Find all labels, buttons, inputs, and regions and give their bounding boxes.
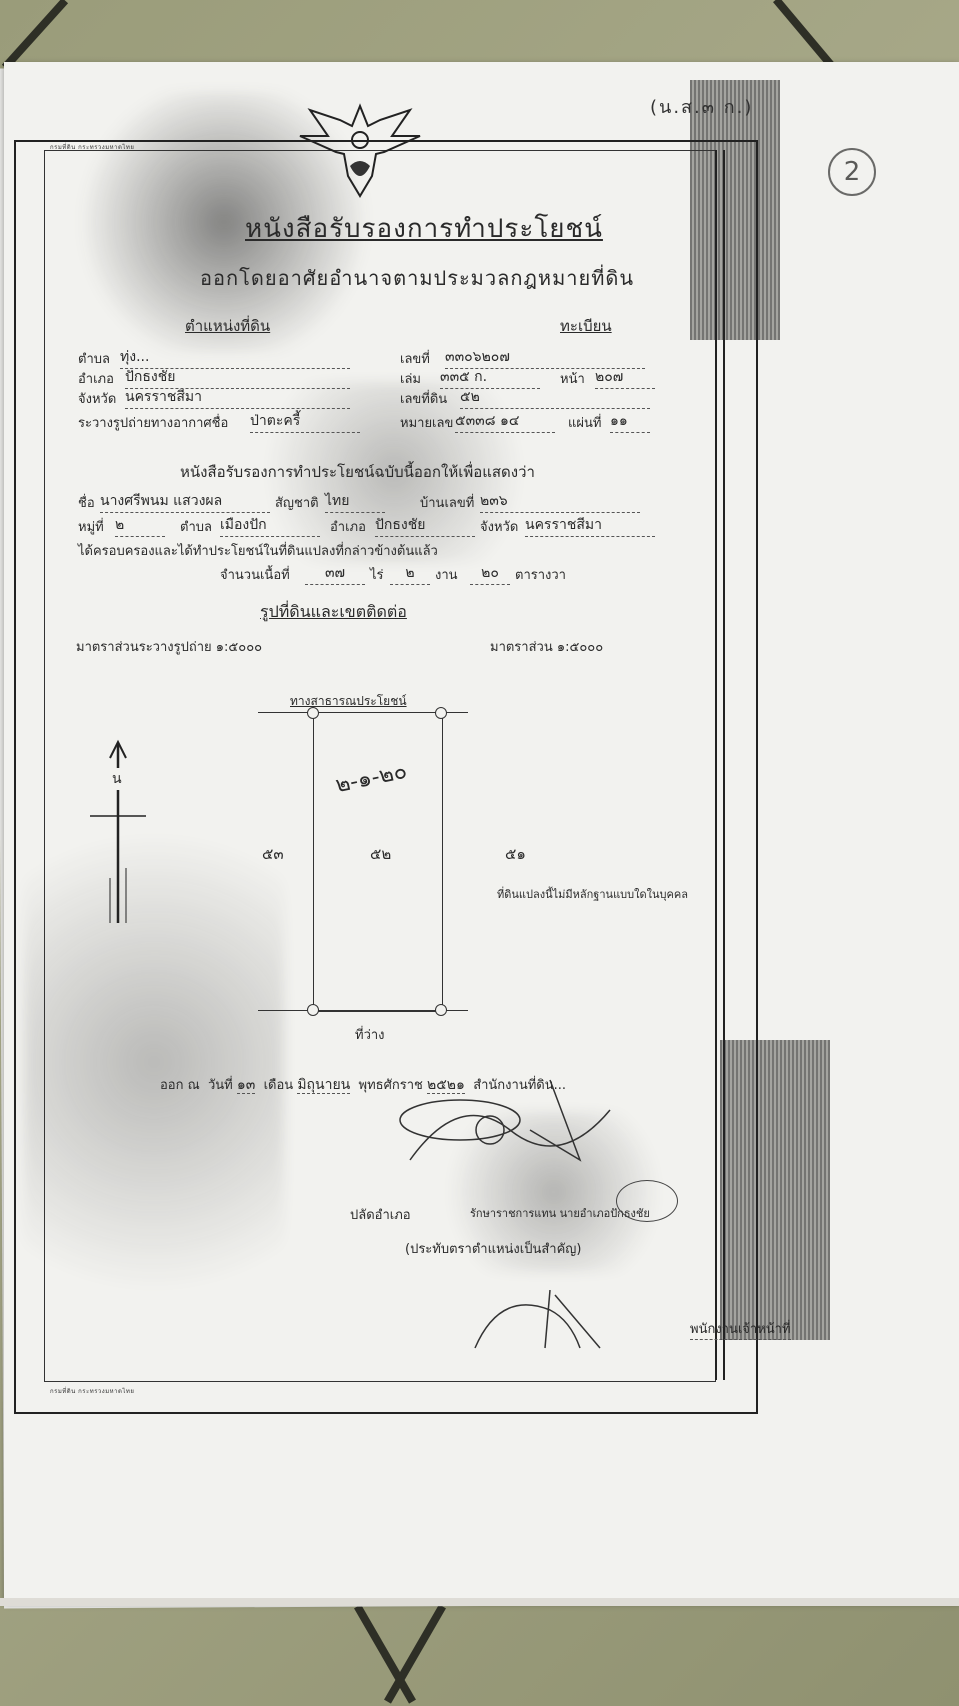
day-label: วันที่	[208, 1078, 233, 1093]
month-label: เดือน	[264, 1078, 294, 1093]
area-rai-label: ไร่	[370, 564, 384, 585]
day-value: ๑๓	[237, 1077, 255, 1094]
photo-scale: มาตราส่วนระวางรูปถ่าย ๑:๕๐๐๐	[76, 636, 262, 657]
photo-scale-label: มาตราส่วนระวางรูปถ่าย	[76, 640, 212, 655]
east-parcel-number: ๕๑	[505, 842, 526, 866]
officer-stamp-circle	[616, 1180, 678, 1222]
location-heading: ตำแหน่งที่ดิน	[185, 314, 270, 338]
aerial-sheet-value: ป่าตะครี้	[250, 410, 360, 433]
map-scale-value: ๑:๕๐๐๐	[557, 640, 603, 655]
province-label: จังหวัด	[78, 388, 116, 409]
document-title: หนังสือรับรองการทำประโยชน์	[245, 208, 603, 249]
province-value: นครราชสีมา	[125, 386, 350, 409]
sheet-value: ๑๑	[610, 410, 650, 433]
map-scale: มาตราส่วน ๑:๕๐๐๐	[490, 636, 603, 657]
reg-number-label: เลขที่	[400, 348, 430, 369]
area-ngan-label: งาน	[435, 564, 458, 585]
book-label: เล่ม	[400, 368, 421, 389]
tambon-label: ตำบล	[78, 348, 110, 369]
area-ngan-value: ๒	[390, 562, 430, 585]
usage-statement: ได้ครอบครองและได้ทำประโยชน์ในที่ดินแปลงท…	[78, 540, 438, 561]
land-number-label: เลขที่ดิน	[400, 388, 447, 409]
form-code: (น.ส.๓ ก.)	[650, 92, 753, 121]
owner-name-label: ชื่อ	[78, 492, 95, 513]
photo-scale-value: ๑:๕๐๐๐	[216, 640, 262, 655]
area-label: จำนวนเนื้อที่	[220, 564, 290, 585]
moo-label: หมู่ที่	[78, 516, 104, 537]
officer-label: ปลัดอำเภอ	[350, 1204, 411, 1225]
owner-amphoe-label: อำเภอ	[330, 516, 366, 537]
area-wa-label: ตารางวา	[515, 564, 566, 585]
boundary-pin-se	[435, 1004, 447, 1016]
area-wa-value: ๒๐	[470, 562, 510, 585]
map-number-value: ๕๓๓๘ ๑๔	[455, 410, 555, 433]
nationality-value: ไทย	[325, 490, 385, 513]
house-number-label: บ้านเลขที่	[420, 492, 474, 513]
boundary-pin-sw	[307, 1004, 319, 1016]
registration-heading: ทะเบียน	[560, 314, 612, 338]
month-value: มิถุนายน	[297, 1077, 350, 1094]
official-signature-scribble	[380, 1070, 640, 1200]
owner-province-value: นครราชสีมา	[525, 514, 655, 537]
owner-amphoe-value: ปักธงชัย	[375, 514, 475, 537]
sheet-label: แผ่นที่	[568, 412, 601, 433]
amphoe-label: อำเภอ	[78, 368, 114, 389]
garuda-emblem-icon	[290, 96, 430, 206]
boundary-pin-ne	[435, 707, 447, 719]
bottom-border-text: กรมที่ดิน กระทรวงมหาดไทย	[50, 1386, 710, 1396]
bottom-officer-label: พนักงานเจ้าหน้าที่	[690, 1318, 791, 1340]
land-number-value: ๕๒	[460, 386, 650, 409]
owner-tambon-value: เมืองปัก	[220, 514, 320, 537]
nationality-label: สัญชาติ	[275, 492, 319, 513]
certificate-right-border	[715, 150, 725, 1380]
owner-name-value: นางศรีพนม แสวงผล	[100, 490, 270, 513]
south-label: ที่ว่าง	[355, 1024, 385, 1045]
owner-tambon-label: ตำบล	[180, 516, 212, 537]
issued-at-label: ออก ณ	[160, 1078, 200, 1093]
owner-province-label: จังหวัด	[480, 516, 518, 537]
house-number-value: ๒๓๖	[480, 490, 640, 513]
center-parcel-number: ๕๒	[370, 842, 391, 866]
east-boundary-note: ที่ดินแปลงนี้ไม่มีหลักฐานแบบใดในบุคคล	[497, 885, 688, 903]
area-rai-value: ๓๗	[305, 562, 365, 585]
moo-value: ๒	[115, 514, 165, 537]
north-label: น	[112, 768, 122, 790]
map-number-label: หมายเลข	[400, 412, 453, 433]
document-subtitle: ออกโดยอาศัยอำนาจตามประมวลกฎหมายที่ดิน	[200, 262, 634, 294]
map-heading: รูปที่ดินและเขตติดต่อ	[260, 600, 407, 625]
north-arrow-icon	[88, 738, 148, 928]
bottom-signature-stamp	[470, 1290, 630, 1350]
paper-bottom-edge	[0, 1598, 959, 1606]
seal-caption: (ประทับตราตำแหน่งเป็นสำคัญ)	[405, 1238, 581, 1259]
west-parcel-number: ๕๓	[262, 842, 284, 866]
circled-page-number: 2	[828, 148, 876, 196]
certificate-statement: หนังสือรับรองการทำประโยชน์ฉบับนี้ออกให้เ…	[180, 460, 535, 484]
aerial-sheet-label: ระวางรูปถ่ายทางอากาศชื่อ	[78, 412, 228, 433]
map-scale-label: มาตราส่วน	[490, 640, 553, 655]
boundary-pin-nw	[307, 707, 319, 719]
